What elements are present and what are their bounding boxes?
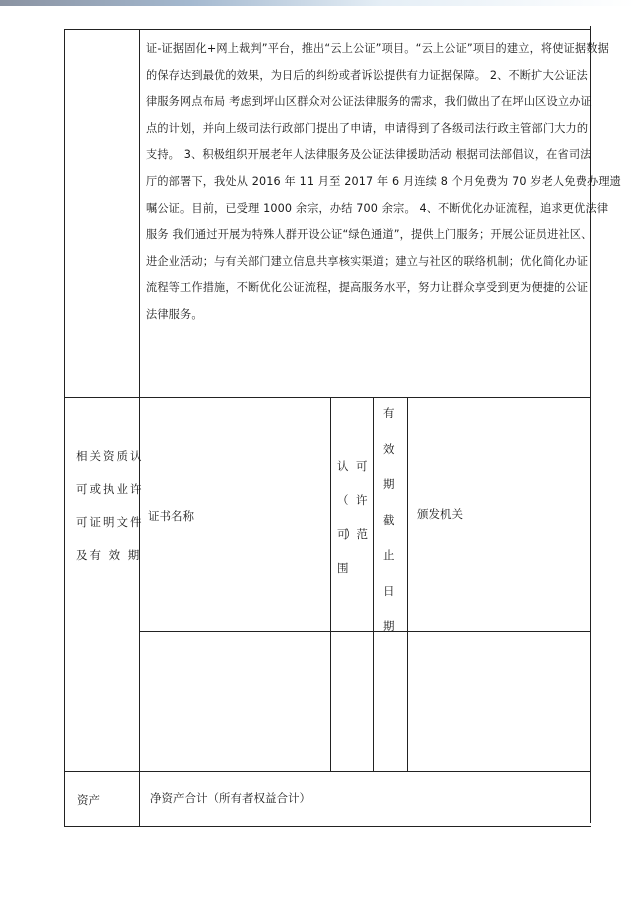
text-line: 律服务网点布局 考虑到坪山区群众对公证法律服务的需求，我们做出了在坪山区设立办证 (146, 89, 584, 116)
scan-edge-artifact (0, 0, 636, 6)
expiry-date-header: 有 效 期 截 止 日 期 (383, 405, 395, 634)
qualification-row-label: 相关资质认 可或执业许 可证明文件 及有 效 期 (76, 440, 140, 572)
header-char: 期 (383, 618, 395, 634)
header-char: 有 (383, 405, 395, 421)
text-line: 的保存达到最优的效果，为日后的纠纷或者诉讼提供有力证据保障。 2、不断扩大公证法 (146, 63, 584, 90)
expiry-cell[interactable] (375, 633, 406, 770)
text-line: 点的计划，并向上级司法行政部门提出了申请，申请得到了各级司法行政主管部门大力的 (146, 116, 584, 143)
text-line: 嘱公证。目前，已受理 1000 余宗，办结 700 余宗。 4、不断优化办证流程… (146, 196, 584, 223)
row-divider-text-end (64, 397, 591, 398)
text-line: 服务 我们通过开展为特殊人群开设公证“绿色通道”，提供上门服务；开展公证员进社区… (146, 222, 584, 249)
table-border-bottom (64, 826, 591, 827)
text-line: 进企业活动；与有关部门建立信息共享核实渠道；建立与社区的联络机制；优化简化办证 (146, 249, 584, 276)
text-line: 法律服务。 (146, 302, 584, 329)
header-char: 许 (356, 492, 368, 508)
header-char: 认 (337, 458, 349, 474)
table-border-left (64, 30, 65, 827)
text-line: 证-证据固化+网上裁判”平台，推出“云上公证”项目。“云上公证”项目的建立，将使… (146, 36, 584, 63)
label-line: 可或执业许 (76, 473, 140, 506)
table-border-right (590, 26, 591, 823)
header-char: （ (337, 492, 349, 508)
issuing-authority-cell[interactable] (409, 633, 589, 770)
scope-header-col2: 可 许 ）范 (356, 458, 368, 542)
net-assets-value[interactable] (320, 775, 588, 823)
assets-label: 资产 (77, 792, 100, 808)
row-divider-assets (64, 771, 591, 772)
header-char: 截 (383, 512, 395, 528)
certificate-name-header: 证书名称 (148, 508, 194, 524)
issuing-authority-header: 颁发机关 (417, 506, 463, 522)
scope-header-col1: 认 （ 可 围 (337, 458, 349, 576)
header-char: 止 (383, 547, 395, 563)
text-line: 支持。 3、积极组织开展老年人法律服务及公证法律援助活动 根据司法部倡议，在省司… (146, 142, 584, 169)
text-line: 厅的部署下，我处从 2016 年 11 月至 2017 年 6 月连续 8 个月… (146, 169, 584, 196)
header-char: 日 (383, 583, 395, 599)
text-line: 流程等工作措施，不断优化公证流程，提高服务水平，努力让群众享受到更为便捷的公证 (146, 275, 584, 302)
header-char: 可 (356, 458, 368, 474)
header-char: ）范 (345, 526, 368, 542)
net-assets-field-label: 净资产合计（所有者权益合计） (150, 790, 311, 806)
header-char: 期 (383, 476, 395, 492)
header-char: 效 (383, 441, 395, 457)
certificate-name-cell[interactable] (141, 633, 329, 770)
table-border-top (64, 29, 591, 30)
scope-cell[interactable] (332, 633, 372, 770)
label-line: 及有 效 期 (76, 539, 140, 572)
work-description-text: 证-证据固化+网上裁判”平台，推出“云上公证”项目。“云上公证”项目的建立，将使… (146, 36, 584, 329)
label-line: 相关资质认 (76, 440, 140, 473)
header-char: 围 (337, 560, 349, 576)
label-line: 可证明文件 (76, 506, 140, 539)
